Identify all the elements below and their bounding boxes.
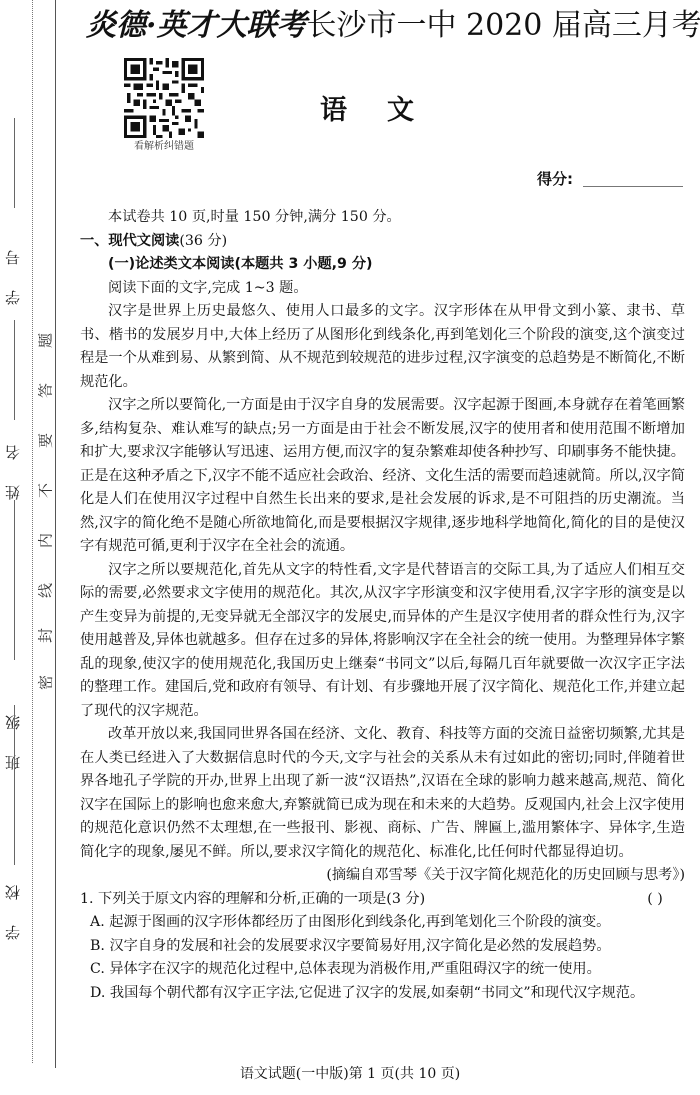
subject-title: 语文 <box>320 88 454 127</box>
seal-char: 线 <box>35 582 56 600</box>
class-label: 班 级 <box>2 700 24 770</box>
section-heading: 一、现代文阅读(36 分) <box>80 230 685 254</box>
seal-dotted-line <box>32 0 33 1063</box>
qr-caption: 看解析纠错题 <box>118 137 210 152</box>
seal-char: 内 <box>35 532 56 550</box>
seal-char: 要 <box>35 432 56 450</box>
seal-char: 题 <box>35 332 56 350</box>
name-field-line[interactable] <box>14 320 15 420</box>
exam-brand: 炎德·英才大联考 <box>86 8 306 43</box>
name-label: 姓 名 <box>2 430 24 500</box>
student-id-label: 学 号 <box>2 235 24 305</box>
student-id-field-line[interactable] <box>14 118 15 208</box>
question-1-stem: 1. 下列关于原文内容的理解和分析,正确的一项是(3 分) ( ) <box>80 888 685 912</box>
answer-blank[interactable]: ( ) <box>625 888 685 912</box>
page-footer: 语文试题(一中版)第 1 页(共 10 页) <box>0 1063 700 1083</box>
subsection-heading: (一)论述类文本阅读(本题共 3 小题,9 分) <box>80 253 685 277</box>
seal-char: 密 <box>35 674 56 692</box>
option-a: A. 起源于图画的汉字形体都经历了由图形化到线条化,再到笔划化三个阶段的演变。 <box>80 911 685 935</box>
passage-paragraph: 改革开放以来,我国同世界各国在经济、文化、教育、科技等方面的交流日益密切频繁,尤… <box>80 723 685 864</box>
option-c: C. 异体字在汉字的规范化过程中,总体表现为消极作用,严重阻碍汉字的统一使用。 <box>80 958 685 982</box>
score-field[interactable] <box>583 186 683 187</box>
passage-source: (摘编自邓雪琴《关于汉字简化规范化的历史回顾与思考》) <box>80 864 685 888</box>
exam-intro: 本试卷共 10 页,时量 150 分钟,满分 150 分。 <box>80 206 685 230</box>
question-1-text: 1. 下列关于原文内容的理解和分析,正确的一项是(3 分) <box>80 888 425 912</box>
option-d: D. 我国每个朝代都有汉字正字法,它促进了汉字的发展,如秦朝“书同文”和现代汉字… <box>80 982 685 1006</box>
seal-char: 封 <box>35 627 56 645</box>
qr-code-icon[interactable] <box>124 58 204 138</box>
seal-char: 答 <box>35 382 56 400</box>
class-field-line[interactable] <box>14 500 15 660</box>
exam-title-text: 长沙市一中 2020 届高三月考试卷(二) <box>306 8 700 43</box>
passage-paragraph: 汉字之所以要简化,一方面是由于汉字自身的发展需要。汉字起源于图画,本身就存在着笔… <box>80 394 685 559</box>
passage-paragraph: 汉字是世界上历史最悠久、使用人口最多的文字。汉字形体在从甲骨文到小篆、隶书、草书… <box>80 300 685 394</box>
school-field-line[interactable] <box>14 705 15 865</box>
reading-instruction: 阅读下面的文字,完成 1~3 题。 <box>80 277 685 301</box>
score-label: 得分: <box>537 168 573 189</box>
binding-margin: 学 号 姓 名 班 级 学 校 题 答 要 不 内 线 封 密 <box>0 0 60 1095</box>
seal-char: 不 <box>35 482 56 500</box>
section-title: 一、现代文阅读 <box>80 233 179 249</box>
school-label: 学 校 <box>2 870 24 940</box>
passage-paragraph: 汉字之所以要规范化,首先从文字的特性看,文字是代替语言的交际工具,为了适应人们相… <box>80 559 685 724</box>
option-b: B. 汉字自身的发展和社会的发展要求汉字要简易好用,汉字简化是必然的发展趋势。 <box>80 935 685 959</box>
section-points: (36 分) <box>179 233 227 249</box>
exam-content: 本试卷共 10 页,时量 150 分钟,满分 150 分。 一、现代文阅读(36… <box>80 206 685 1005</box>
exam-title: 炎德·英才大联考长沙市一中 2020 届高三月考试卷(二) <box>86 6 686 46</box>
